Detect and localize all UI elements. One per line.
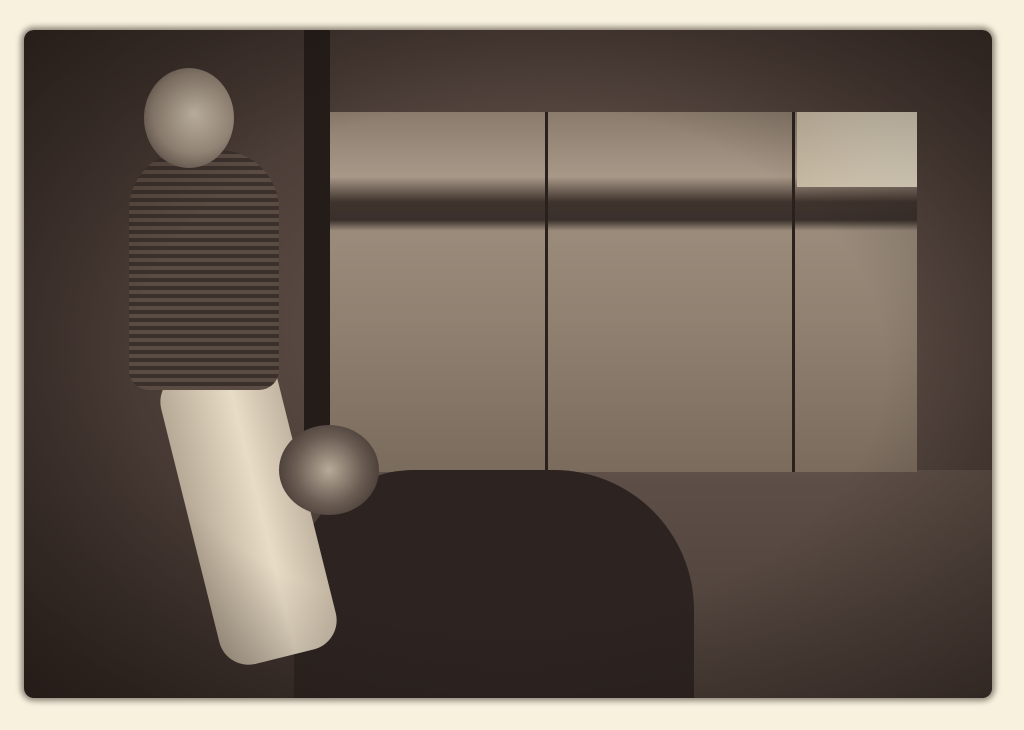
vignette xyxy=(24,30,992,698)
sepia-photograph xyxy=(24,30,992,698)
